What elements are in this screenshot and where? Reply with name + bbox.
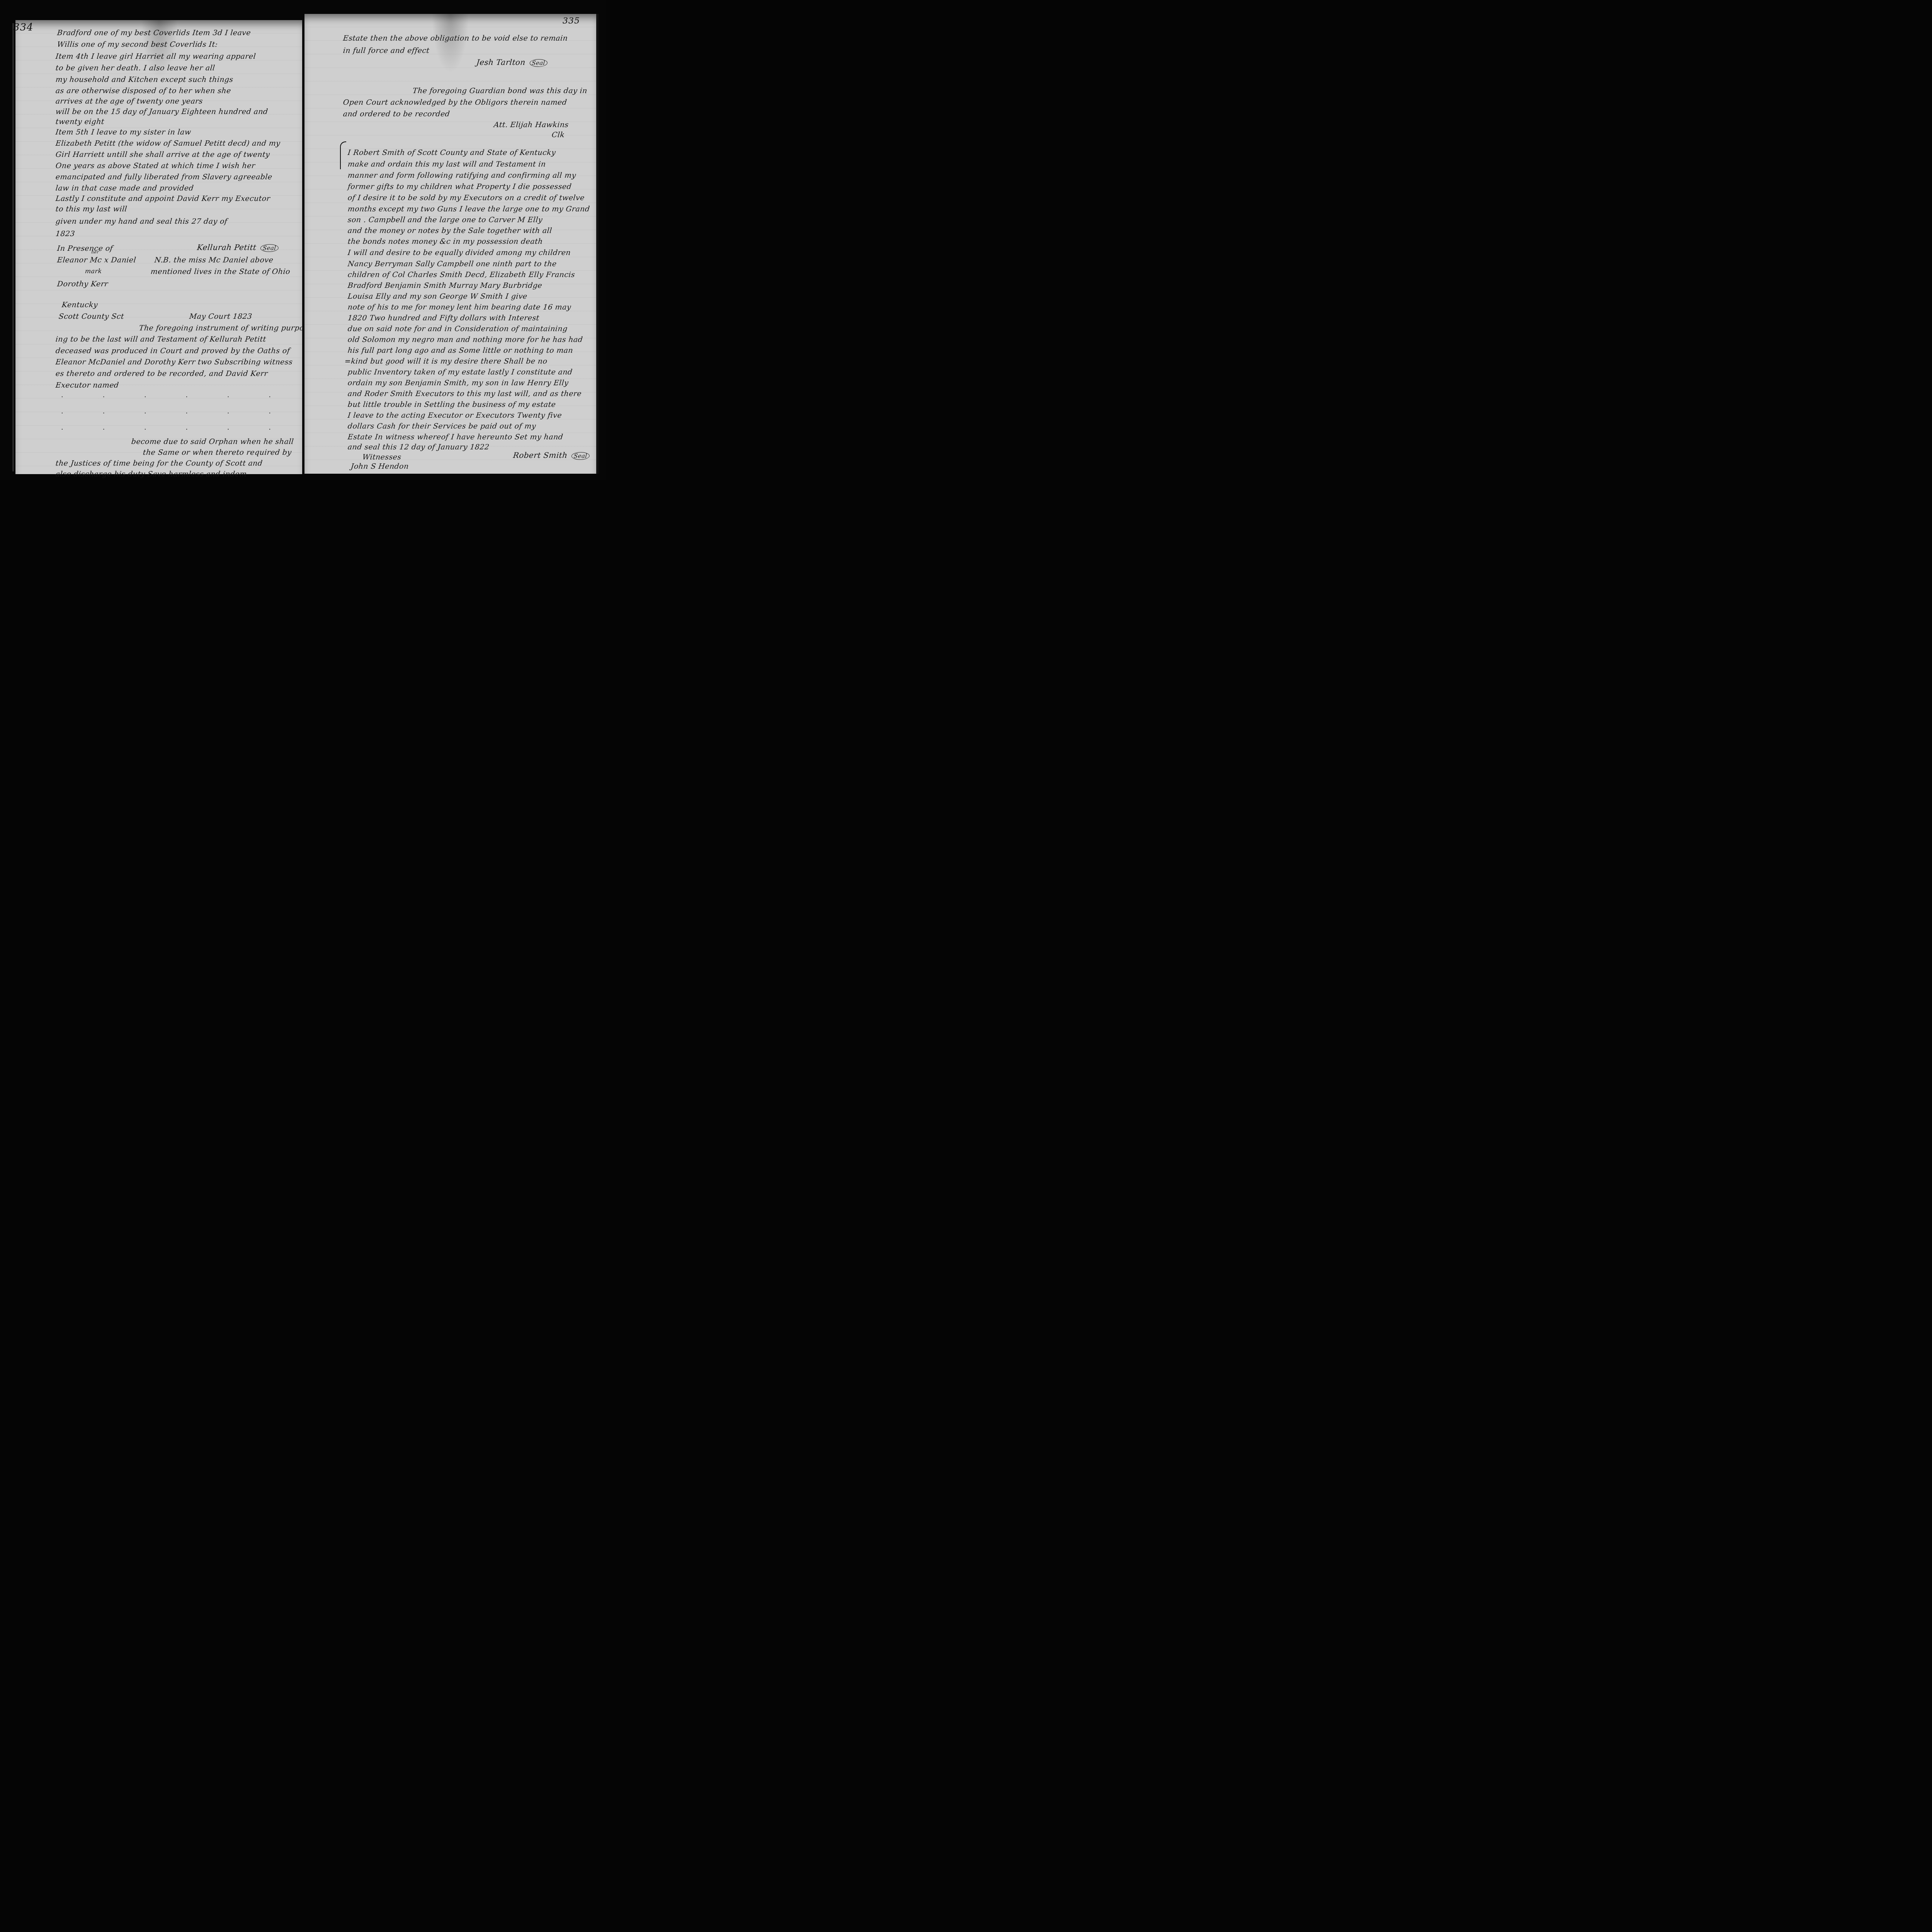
text-line: Open Court acknowledged by the Obligors … <box>343 98 567 107</box>
text-line: emancipated and fully liberated from Sla… <box>55 173 273 181</box>
text-line: and seal this 12 day of January 1822 <box>347 443 490 451</box>
text-line: =kind but good will it is my desire ther… <box>344 357 548 366</box>
page-number: 335 <box>563 16 580 26</box>
clerk-title: Clk <box>551 131 565 139</box>
text-line: I Robert Smith of Scott County and State… <box>347 148 556 157</box>
text-line: make and ordain this my last will and Te… <box>347 160 546 168</box>
text-line: given under my hand and seal this 27 day… <box>55 217 228 226</box>
text-line: children of Col Charles Smith Decd, Eliz… <box>347 270 575 279</box>
text-line: months except my two Guns I leave the la… <box>347 205 590 213</box>
clerk-attestation: Att. Elijah Hawkins <box>493 121 569 129</box>
obligor-signature: Jesh Tarlton Seal <box>476 58 548 67</box>
text-line: to be given her death. I also leave her … <box>55 64 216 72</box>
text-line: will be on the 15 day of January Eightee… <box>55 107 269 116</box>
witness-heading: In Presence of <box>57 244 113 253</box>
text-line: arrives at the age of twenty one years <box>55 97 203 105</box>
text-line: Eleanor McDaniel and Dorothy Kerr two Su… <box>55 358 293 366</box>
text-line: also discharge his duty Save harmless an… <box>55 470 247 478</box>
text-line: deceased was produced in Court and prove… <box>55 347 291 355</box>
text-line: to this my last will <box>55 205 128 213</box>
text-line: son . Campbell and the large one to Carv… <box>347 216 543 224</box>
page-number: 334 <box>13 22 34 33</box>
text-line: 1823 <box>55 230 75 238</box>
text-line: Elizabeth Petitt (the widow of Samuel Pe… <box>55 139 281 148</box>
text-line: the Same or when thereto required by <box>143 448 292 457</box>
text-line: Item 5th I leave to my sister in law <box>55 128 192 136</box>
text-line: mentioned lives in the State of Ohio <box>150 267 291 276</box>
testator-signature: Robert Smith Seal <box>513 451 590 460</box>
seal-icon: Seal <box>260 244 279 252</box>
left-page: 334 Bradford one of my best Coverlids It… <box>15 20 304 474</box>
signature-name: Jesh Tarlton <box>476 58 526 67</box>
county-heading: Scott County Sct <box>58 312 124 321</box>
witness-name: John S Hendon <box>350 462 409 471</box>
text-line: Bradford one of my best Coverlids Item 3… <box>57 29 251 37</box>
witness-name: Eleanor Mc x Daniel <box>57 256 136 264</box>
text-line: The foregoing instrument of writing purp… <box>139 324 311 332</box>
text-line: Girl Harriett untill she shall arrive at… <box>55 150 270 159</box>
text-line: in full force and effect <box>343 46 430 55</box>
text-line: my household and Kitchen except such thi… <box>55 75 234 84</box>
text-line: es thereto and ordered to be recorded, a… <box>55 369 268 378</box>
text-line: of I desire it to be sold by my Executor… <box>347 194 585 202</box>
text-line: Nancy Berryman Sally Campbell one ninth … <box>347 260 557 268</box>
text-line: I leave to the acting Executor or Execut… <box>347 411 562 420</box>
book-edge <box>12 23 14 471</box>
text-line: former gifts to my children what Propert… <box>347 182 572 191</box>
text-line: the Justices of time being for the Count… <box>55 459 263 468</box>
text-line: twenty eight <box>55 117 105 126</box>
text-line: Lastly I constitute and appoint David Ke… <box>55 194 270 203</box>
text-line: the bonds notes money &c in my possessio… <box>347 237 543 246</box>
mark-label: mark <box>85 267 102 275</box>
text-line: Louisa Elly and my son George W Smith I … <box>347 292 528 301</box>
text-line: ing to be the last will and Testament of… <box>55 335 267 344</box>
text-line: his full part long ago and as Some littl… <box>347 346 573 355</box>
right-page: 335 Estate then the above obligation to … <box>304 14 599 474</box>
signature-name: Kellurah Petitt <box>197 243 257 252</box>
text-line: due on said note for and in Consideratio… <box>347 325 568 333</box>
text-line: but little trouble in Settling the busin… <box>347 400 556 409</box>
text-line: and the money or notes by the Sale toget… <box>347 226 553 235</box>
state-heading: Kentucky <box>61 301 98 309</box>
signature-name: Robert Smith <box>513 451 568 460</box>
text-line: Bradford Benjamin Smith Murray Mary Burb… <box>347 281 543 290</box>
text-line: I will and desire to be equally divided … <box>347 248 571 257</box>
witness-name: Dorothy Kerr <box>57 280 109 288</box>
text-line: Estate then the above obligation to be v… <box>343 34 568 43</box>
text-line: dollars Cash for their Services be paid … <box>347 422 536 430</box>
seal-icon: Seal <box>529 59 548 67</box>
bracket-mark <box>340 141 346 169</box>
text-line: N.B. the miss Mc Daniel above <box>154 256 274 264</box>
witness-heading: Witnesses <box>362 453 402 461</box>
text-line: Executor named <box>55 381 119 389</box>
text-line: law in that case made and provided <box>55 184 194 192</box>
text-line: public Inventory taken of my estate last… <box>347 368 573 376</box>
text-line: become due to said Orphan when he shall <box>131 437 294 446</box>
text-line: Item 4th I leave girl Harriet all my wea… <box>55 52 256 61</box>
text-line: old Solomon my negro man and nothing mor… <box>347 335 583 344</box>
text-line: as are otherwise disposed of to her when… <box>55 87 231 95</box>
text-line: ordain my son Benjamin Smith, my son in … <box>347 379 569 387</box>
seal-icon: Seal <box>571 452 590 460</box>
mark-superscript: her <box>91 250 99 255</box>
text-line: and ordered to be recorded <box>343 110 451 118</box>
text-line: Willis one of my second best Coverlids I… <box>57 40 218 49</box>
text-line: 1820 Two hundred and Fifty dollars with … <box>347 314 540 322</box>
text-line: manner and form following ratifying and … <box>347 171 577 180</box>
text-line: and Roder Smith Executors to this my las… <box>347 389 582 398</box>
text-line: The foregoing Guardian bond was this day… <box>412 87 588 95</box>
court-date: May Court 1823 <box>189 312 253 321</box>
text-line: Estate In witness whereof I have hereunt… <box>347 433 564 441</box>
text-line: note of his to me for money lent him bea… <box>347 303 571 311</box>
testator-signature: Kellurah Petitt Seal <box>197 243 279 252</box>
text-line: One years as above Stated at which time … <box>55 162 256 170</box>
